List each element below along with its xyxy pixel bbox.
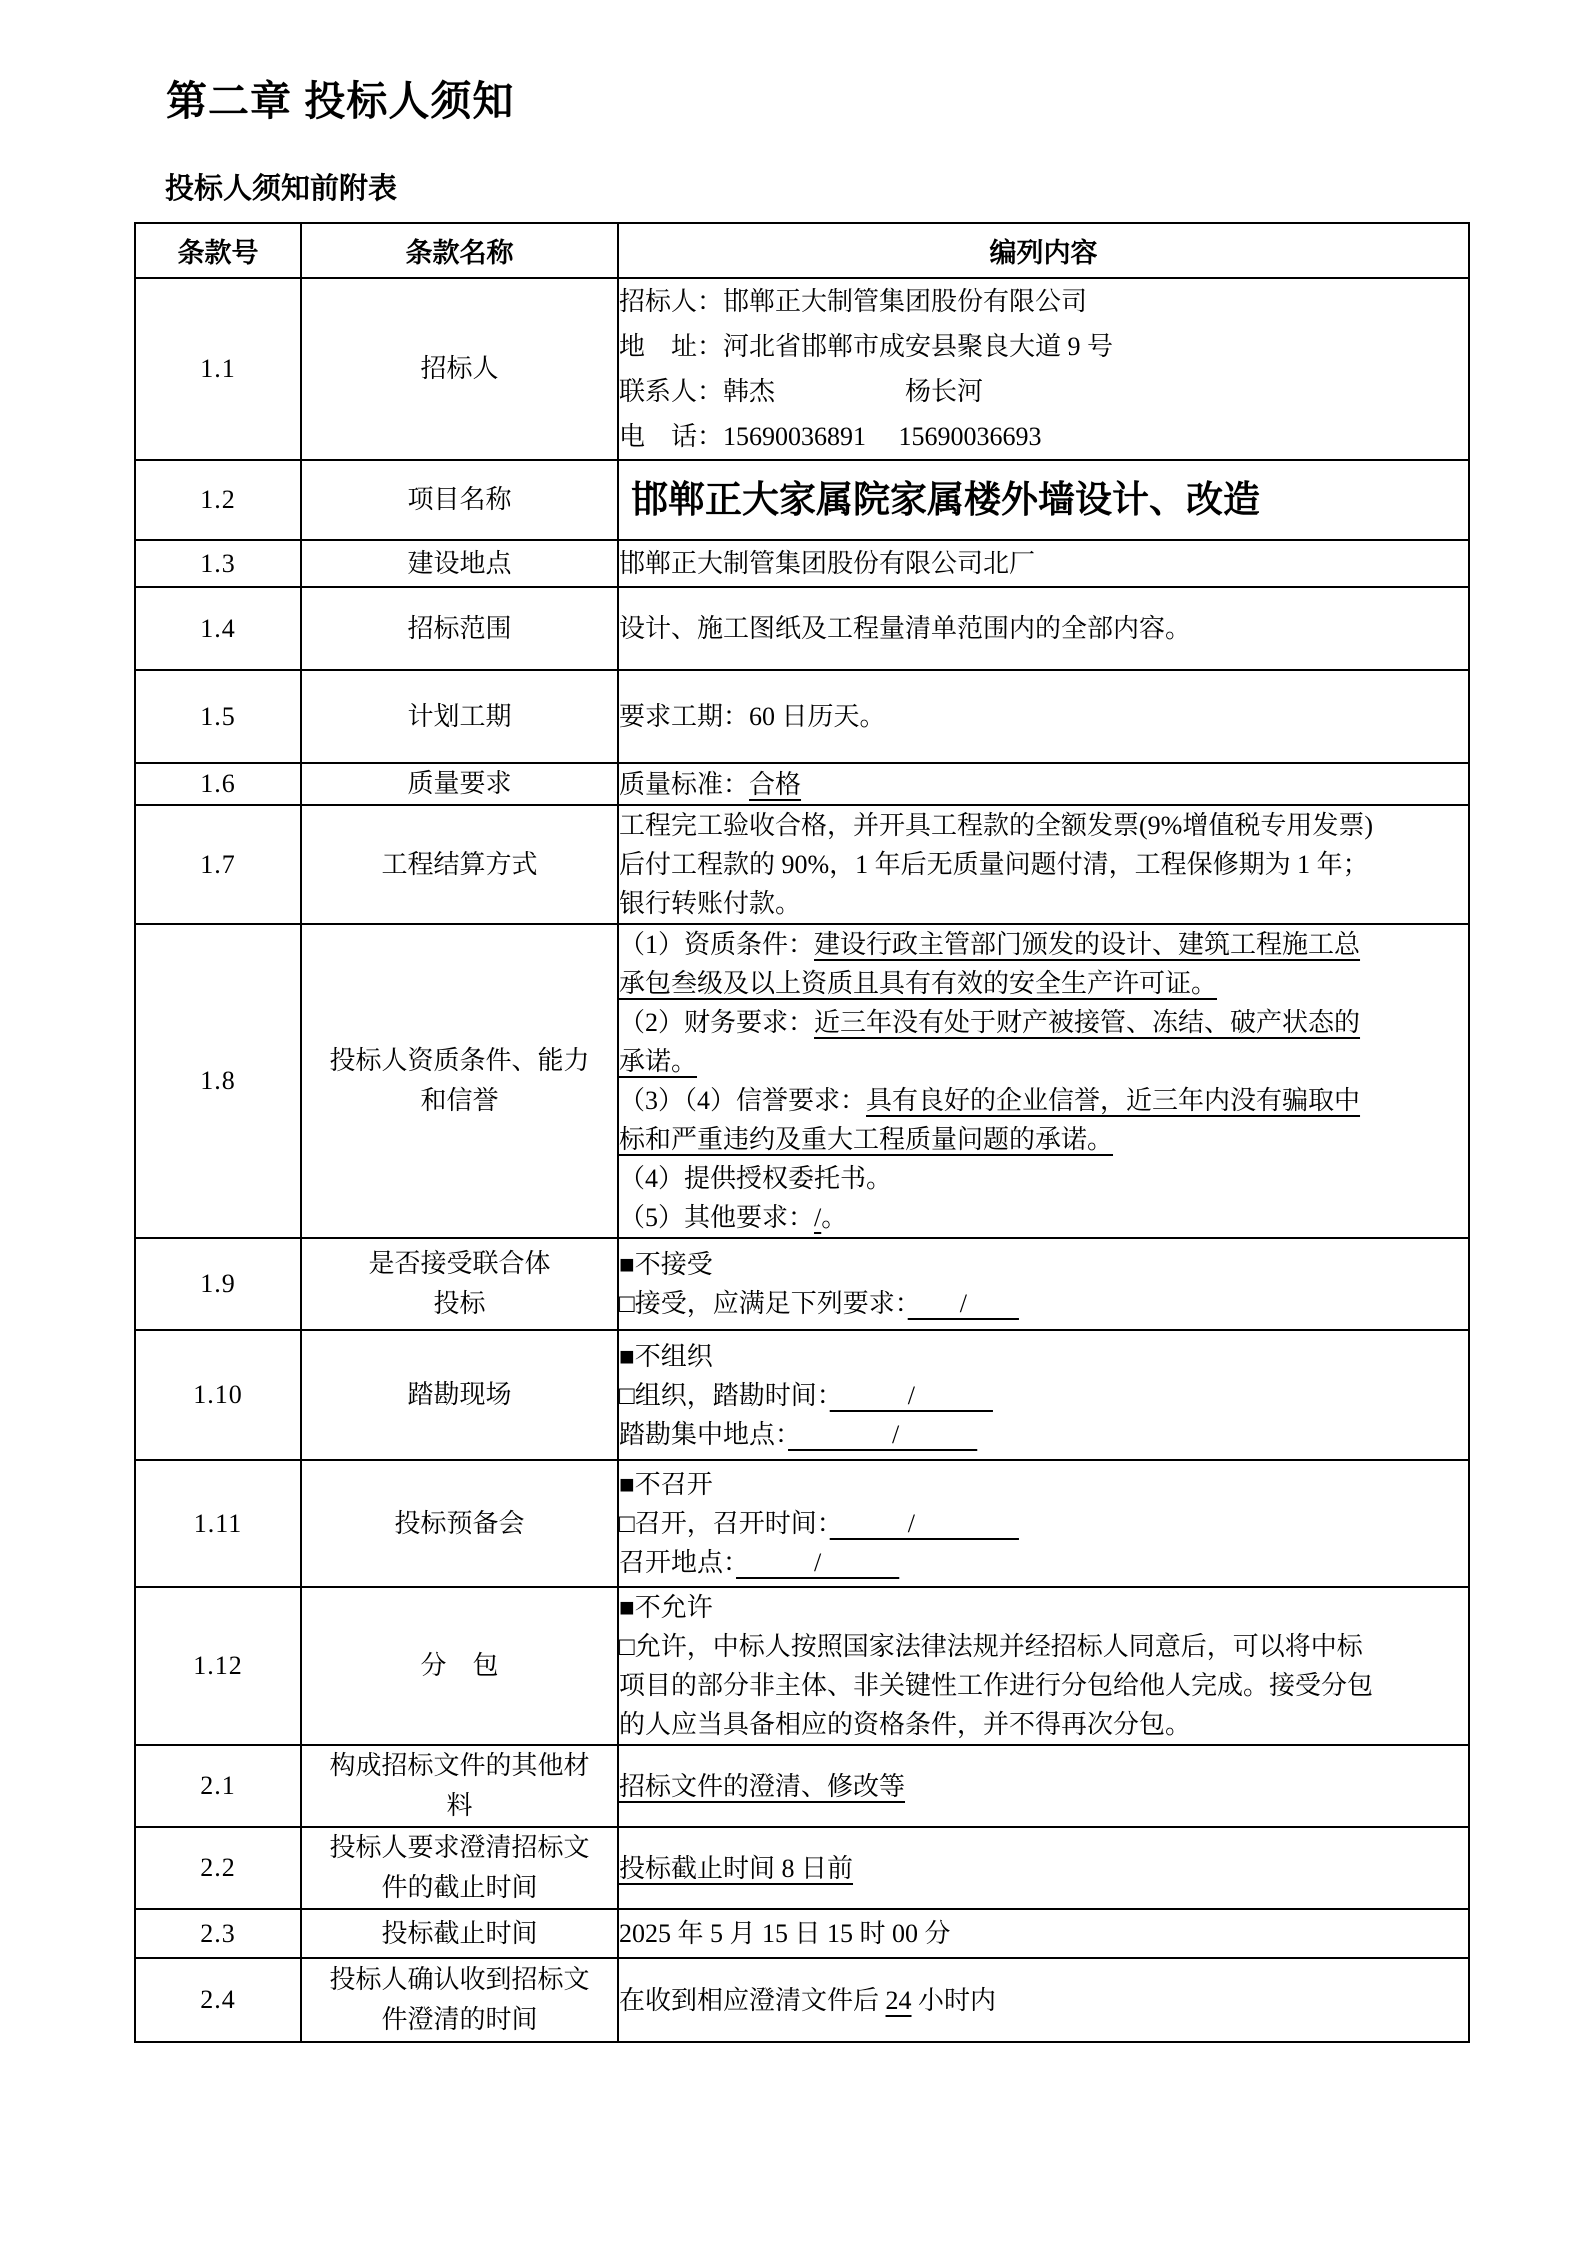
table-row: 1.11投标预备会■不召开□召开，召开时间： / 召开地点： / [135, 1460, 1469, 1587]
content-line: 联系人：韩杰 杨长河 [619, 369, 1468, 414]
text: 要求工期：60 日历天。 [619, 702, 886, 731]
content-line: 地 址：河北省邯郸市成安县聚良大道 9 号 [619, 324, 1468, 369]
table-row: 1.10踏勘现场■不组织□组织，踏勘时间： / 踏勘集中地点： / [135, 1330, 1469, 1460]
table-row: 2.4投标人确认收到招标文件澄清的时间在收到相应澄清文件后 24 小时内 [135, 1958, 1469, 2042]
clause-number: 1.11 [135, 1460, 301, 1587]
underlined-text: / [788, 1420, 977, 1449]
clause-name-line: 踏勘现场 [302, 1375, 617, 1415]
text: 邯郸正大制管集团股份有限公司北厂 [619, 549, 1035, 578]
clause-number: 2.4 [135, 1958, 301, 2042]
clause-name: 工程结算方式 [301, 805, 618, 924]
content-line: （3）（4）信誉要求：具有良好的企业信誉，近三年内没有骗取中 [619, 1081, 1468, 1120]
clause-content: （1）资质条件：建设行政主管部门颁发的设计、建筑工程施工总承包叁级及以上资质且具… [618, 924, 1469, 1238]
content-line: 招标人：邯郸正大制管集团股份有限公司 [619, 279, 1468, 324]
table-row: 1.9是否接受联合体投标■不接受□接受，应满足下列要求： / [135, 1238, 1469, 1330]
col-header-clause-no: 条款号 [135, 223, 301, 278]
clause-name-line: 招标范围 [302, 609, 617, 649]
content-line: 质量标准：合格 [619, 765, 1468, 804]
clause-name-line: 计划工期 [302, 697, 617, 737]
content-line: 设计、施工图纸及工程量清单范围内的全部内容。 [619, 609, 1468, 648]
content-line: ■不组织 [619, 1337, 1468, 1376]
content-line: 工程完工验收合格，并开具工程款的全额发票(9%增值税专用发票) [619, 806, 1468, 845]
content-line: （4）提供授权委托书。 [619, 1159, 1468, 1198]
clause-name: 建设地点 [301, 540, 618, 587]
clause-name: 投标截止时间 [301, 1909, 618, 1958]
content-line: □接受，应满足下列要求： / [619, 1284, 1468, 1323]
table-row: 1.8投标人资质条件、能力和信誉（1）资质条件：建设行政主管部门颁发的设计、建筑… [135, 924, 1469, 1238]
underlined-text: / [830, 1381, 993, 1410]
text: 联系人：韩杰 杨长河 [619, 377, 983, 406]
content-line: 标和严重违约及重大工程质量问题的承诺。 [619, 1120, 1468, 1159]
bidder-notice-table: 条款号 条款名称 编列内容 1.1招标人招标人：邯郸正大制管集团股份有限公司地 … [134, 222, 1470, 2043]
clause-name-line: 投标人确认收到招标文 [302, 1960, 617, 2000]
content-line: 招标文件的澄清、修改等 [619, 1767, 1468, 1806]
text: 邯郸正大家属院家属楼外墙设计、改造 [631, 479, 1260, 520]
text: 电 话：15690036891 15690036693 [619, 422, 1042, 451]
table-row: 1.7工程结算方式工程完工验收合格，并开具工程款的全额发票(9%增值税专用发票)… [135, 805, 1469, 924]
clause-name-line: 投标人要求澄清招标文 [302, 1828, 617, 1868]
table-row: 1.12分 包■不允许□允许，中标人按照国家法律法规并经招标人同意后，可以将中标… [135, 1587, 1469, 1745]
underlined-text: 承包叁级及以上资质且具有有效的安全生产许可证。 [619, 969, 1217, 998]
clause-content: 2025 年 5 月 15 日 15 时 00 分 [618, 1909, 1469, 1958]
clause-name: 投标人要求澄清招标文件的截止时间 [301, 1827, 618, 1909]
underlined-text: 投标截止时间 8 日前 [619, 1854, 853, 1883]
clause-number: 2.1 [135, 1745, 301, 1827]
content-line: 承诺。 [619, 1042, 1468, 1081]
text: 工程完工验收合格，并开具工程款的全额发票(9%增值税专用发票) [619, 811, 1373, 840]
clause-name-line: 招标人 [302, 349, 617, 389]
text: □允许，中标人按照国家法律法规并经招标人同意后，可以将中标 [619, 1632, 1363, 1661]
clause-content: 工程完工验收合格，并开具工程款的全额发票(9%增值税专用发票)后付工程款的 90… [618, 805, 1469, 924]
clause-content: ■不召开□召开，召开时间： / 召开地点： / [618, 1460, 1469, 1587]
table-caption: 投标人须知前附表 [165, 172, 397, 207]
clause-name-line: 分 包 [302, 1646, 617, 1686]
text: （4）提供授权委托书。 [619, 1164, 892, 1193]
text: □组织，踏勘时间： [619, 1381, 830, 1410]
clause-number: 1.12 [135, 1587, 301, 1745]
table-row: 1.2项目名称邯郸正大家属院家属楼外墙设计、改造 [135, 460, 1469, 540]
clause-name-line: 投标人资质条件、能力 [302, 1041, 617, 1081]
content-line: 银行转账付款。 [619, 884, 1468, 923]
content-line: 的人应当具备相应的资格条件，并不得再次分包。 [619, 1705, 1468, 1744]
table-row: 1.4招标范围设计、施工图纸及工程量清单范围内的全部内容。 [135, 587, 1469, 670]
clause-content: 在收到相应澄清文件后 24 小时内 [618, 1958, 1469, 2042]
content-line: 在收到相应澄清文件后 24 小时内 [619, 1981, 1468, 2020]
clause-name: 投标人确认收到招标文件澄清的时间 [301, 1958, 618, 2042]
content-line: 电 话：15690036891 15690036693 [619, 414, 1468, 459]
table-row: 1.3建设地点邯郸正大制管集团股份有限公司北厂 [135, 540, 1469, 587]
clause-name: 是否接受联合体投标 [301, 1238, 618, 1330]
clause-number: 1.5 [135, 670, 301, 763]
table-row: 2.2投标人要求澄清招标文件的截止时间投标截止时间 8 日前 [135, 1827, 1469, 1909]
underlined-text: 标和严重违约及重大工程质量问题的承诺。 [619, 1125, 1113, 1154]
clause-name-line: 质量要求 [302, 764, 617, 804]
table-row: 2.3投标截止时间2025 年 5 月 15 日 15 时 00 分 [135, 1909, 1469, 1958]
clause-content: 招标人：邯郸正大制管集团股份有限公司地 址：河北省邯郸市成安县聚良大道 9 号联… [618, 278, 1469, 460]
clause-content: 设计、施工图纸及工程量清单范围内的全部内容。 [618, 587, 1469, 670]
content-line: （5）其他要求：/。 [619, 1198, 1468, 1237]
content-line: 踏勘集中地点： / [619, 1415, 1468, 1454]
clause-name-line: 件的截止时间 [302, 1868, 617, 1908]
clause-number: 1.2 [135, 460, 301, 540]
clause-number: 2.2 [135, 1827, 301, 1909]
clause-name-line: 是否接受联合体 [302, 1244, 617, 1284]
text: □召开，召开时间： [619, 1509, 830, 1538]
clause-number: 2.3 [135, 1909, 301, 1958]
text: 召开地点： [619, 1548, 736, 1577]
clause-content: ■不接受□接受，应满足下列要求： / [618, 1238, 1469, 1330]
text: （3）（4）信誉要求： [619, 1086, 866, 1115]
text: 小时内 [912, 1986, 997, 2015]
text: 2025 年 5 月 15 日 15 时 00 分 [619, 1919, 951, 1948]
content-line: □允许，中标人按照国家法律法规并经招标人同意后，可以将中标 [619, 1627, 1468, 1666]
clause-name-line: 投标截止时间 [302, 1914, 617, 1954]
underlined-text: / [736, 1548, 899, 1577]
text: ■不组织 [619, 1342, 713, 1371]
table-row: 2.1构成招标文件的其他材料招标文件的澄清、修改等 [135, 1745, 1469, 1827]
text: 项目的部分非主体、非关键性工作进行分包给他人完成。接受分包 [619, 1671, 1373, 1700]
underlined-text: / [908, 1289, 1019, 1318]
clause-name-line: 建设地点 [302, 544, 617, 584]
text: （2）财务要求： [619, 1008, 814, 1037]
content-line: 承包叁级及以上资质且具有有效的安全生产许可证。 [619, 964, 1468, 1003]
clause-name: 投标预备会 [301, 1460, 618, 1587]
table-header-row: 条款号 条款名称 编列内容 [135, 223, 1469, 278]
clause-name-line: 投标预备会 [302, 1504, 617, 1544]
content-line: 2025 年 5 月 15 日 15 时 00 分 [619, 1914, 1468, 1953]
clause-name: 投标人资质条件、能力和信誉 [301, 924, 618, 1238]
clause-content: ■不允许□允许，中标人按照国家法律法规并经招标人同意后，可以将中标项目的部分非主… [618, 1587, 1469, 1745]
clause-name-line: 和信誉 [302, 1081, 617, 1121]
underlined-text: 招标文件的澄清、修改等 [619, 1772, 905, 1801]
clause-content: ■不组织□组织，踏勘时间： / 踏勘集中地点： / [618, 1330, 1469, 1460]
content-line: □召开，召开时间： / [619, 1504, 1468, 1543]
clause-number: 1.1 [135, 278, 301, 460]
clause-content: 邯郸正大制管集团股份有限公司北厂 [618, 540, 1469, 587]
underlined-text: 建设行政主管部门颁发的设计、建筑工程施工总 [814, 930, 1360, 959]
clause-name: 质量要求 [301, 763, 618, 805]
clause-name: 招标范围 [301, 587, 618, 670]
clause-name: 踏勘现场 [301, 1330, 618, 1460]
text: 质量标准： [619, 770, 749, 799]
content-line: 投标截止时间 8 日前 [619, 1849, 1468, 1888]
text: （5）其他要求： [619, 1203, 814, 1232]
clause-name: 项目名称 [301, 460, 618, 540]
table-row: 1.6质量要求质量标准：合格 [135, 763, 1469, 805]
table-row: 1.1招标人招标人：邯郸正大制管集团股份有限公司地 址：河北省邯郸市成安县聚良大… [135, 278, 1469, 460]
clause-content: 要求工期：60 日历天。 [618, 670, 1469, 763]
clause-name-line: 料 [302, 1786, 617, 1826]
document-page: 第二章 投标人须知 投标人须知前附表 条款号 条款名称 编列内容 1.1招标人招… [0, 0, 1587, 2245]
text: ■不召开 [619, 1470, 713, 1499]
content-line: □组织，踏勘时间： / [619, 1376, 1468, 1415]
clause-number: 1.3 [135, 540, 301, 587]
clause-number: 1.6 [135, 763, 301, 805]
clause-number: 1.10 [135, 1330, 301, 1460]
content-line: （1）资质条件：建设行政主管部门颁发的设计、建筑工程施工总 [619, 925, 1468, 964]
content-line: 要求工期：60 日历天。 [619, 697, 1468, 736]
text: ■不允许 [619, 1593, 713, 1622]
clause-content: 质量标准：合格 [618, 763, 1469, 805]
text: 设计、施工图纸及工程量清单范围内的全部内容。 [619, 614, 1191, 643]
text: 招标人：邯郸正大制管集团股份有限公司 [619, 287, 1087, 316]
content-line: （2）财务要求：近三年没有处于财产被接管、冻结、破产状态的 [619, 1003, 1468, 1042]
col-header-content: 编列内容 [618, 223, 1469, 278]
content-line: 邯郸正大家属院家属楼外墙设计、改造 [631, 478, 1468, 522]
underlined-text: 近三年没有处于财产被接管、冻结、破产状态的 [814, 1008, 1360, 1037]
clause-number: 1.4 [135, 587, 301, 670]
text: □接受，应满足下列要求： [619, 1289, 908, 1318]
clause-content: 邯郸正大家属院家属楼外墙设计、改造 [618, 460, 1469, 540]
clause-name: 构成招标文件的其他材料 [301, 1745, 618, 1827]
clause-name: 招标人 [301, 278, 618, 460]
clause-number: 1.7 [135, 805, 301, 924]
table-row: 1.5计划工期要求工期：60 日历天。 [135, 670, 1469, 763]
text: ■不接受 [619, 1250, 713, 1279]
underlined-text: 合格 [749, 770, 801, 799]
text: 后付工程款的 90%，1 年后无质量问题付清，工程保修期为 1 年； [619, 850, 1369, 879]
content-line: 邯郸正大制管集团股份有限公司北厂 [619, 544, 1468, 583]
text: 在收到相应澄清文件后 [619, 1986, 886, 2015]
content-line: 召开地点： / [619, 1543, 1468, 1582]
clause-content: 招标文件的澄清、修改等 [618, 1745, 1469, 1827]
clause-number: 1.8 [135, 924, 301, 1238]
text: 的人应当具备相应的资格条件，并不得再次分包。 [619, 1710, 1191, 1739]
content-line: 项目的部分非主体、非关键性工作进行分包给他人完成。接受分包 [619, 1666, 1468, 1705]
clause-name-line: 构成招标文件的其他材 [302, 1746, 617, 1786]
text: 踏勘集中地点： [619, 1420, 788, 1449]
content-line: ■不接受 [619, 1245, 1468, 1284]
content-line: ■不召开 [619, 1465, 1468, 1504]
text: （1）资质条件： [619, 930, 814, 959]
underlined-text: 承诺。 [619, 1047, 697, 1076]
clause-name-line: 项目名称 [302, 480, 617, 520]
underlined-text: 24 [886, 1986, 912, 2015]
text: 。 [821, 1203, 847, 1232]
clause-name: 分 包 [301, 1587, 618, 1745]
clause-number: 1.9 [135, 1238, 301, 1330]
underlined-text: / [830, 1509, 1019, 1538]
col-header-clause-name: 条款名称 [301, 223, 618, 278]
chapter-title: 第二章 投标人须知 [166, 76, 514, 127]
clause-name-line: 件澄清的时间 [302, 2000, 617, 2040]
clause-name-line: 投标 [302, 1284, 617, 1324]
clause-name-line: 工程结算方式 [302, 845, 617, 885]
underlined-text: 具有良好的企业信誉，近三年内没有骗取中 [866, 1086, 1360, 1115]
content-line: 后付工程款的 90%，1 年后无质量问题付清，工程保修期为 1 年； [619, 845, 1468, 884]
text: 银行转账付款。 [619, 889, 801, 918]
content-line: ■不允许 [619, 1588, 1468, 1627]
clause-content: 投标截止时间 8 日前 [618, 1827, 1469, 1909]
clause-name: 计划工期 [301, 670, 618, 763]
text: 地 址：河北省邯郸市成安县聚良大道 9 号 [619, 332, 1113, 361]
